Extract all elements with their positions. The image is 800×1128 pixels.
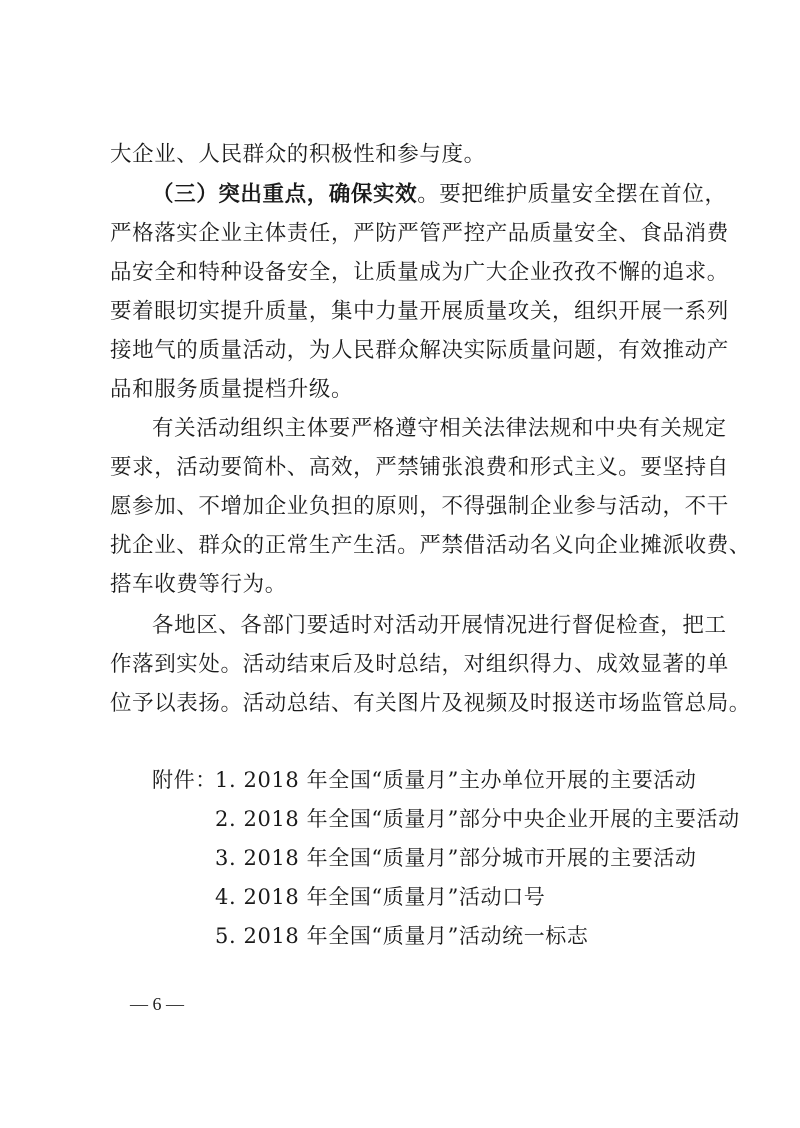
paragraph-line: 各地区、各部门要适时对活动开展情况进行督促检查，把工 [152, 611, 727, 641]
paragraph-line: 有关活动组织主体要严格遵守相关法律法规和中央有关规定 [152, 414, 727, 444]
paragraph-line: 要着眼切实提升质量，集中力量开展质量攻关，组织开展一系列 [110, 297, 729, 327]
paragraph-line: 愿参加、不增加企业负担的原则，不得强制企业参与活动，不干 [110, 492, 729, 522]
paragraph-line: 作落到实处。活动结束后及时总结，对组织得力、成效显著的单 [110, 650, 729, 680]
document-page: 大企业、人民群众的积极性和参与度。 （三）突出重点，确保实效。要把维护质量安全摆… [0, 0, 800, 1128]
page-number: — 6 — [130, 994, 184, 1015]
paragraph-line: 搭车收费等行为。 [110, 570, 287, 600]
paragraph-line: 要求，活动要简朴、高效，严禁铺张浪费和形式主义。要坚持自 [110, 453, 729, 483]
paragraph-line: 大企业、人民群众的积极性和参与度。 [110, 140, 486, 170]
paragraph-line: 品和服务质量提档升级。 [110, 375, 353, 405]
paragraph-line: 接地气的质量活动，为人民群众解决实际质量问题，有效推动产 [110, 336, 729, 366]
section-heading: （三）突出重点，确保实效 [152, 182, 417, 207]
paragraph-line: 位予以表扬。活动总结、有关图片及视频及时报送市场监管总局。 [110, 689, 751, 719]
attachments-label: 附件： [152, 765, 217, 795]
section-heading-line: （三）突出重点，确保实效。要把维护质量安全摆在首位， [152, 180, 727, 210]
paragraph-line: 扰企业、群众的正常生产生活。严禁借活动名义向企业摊派收费、 [110, 531, 751, 561]
paragraph-line: 严格落实企业主体责任，严防严管严控产品质量安全、食品消费 [110, 219, 729, 249]
paragraph-line: 品安全和特种设备安全，让质量成为广大企业孜孜不懈的追求。 [110, 258, 729, 288]
paragraph-text: 。要把维护质量安全摆在首位， [417, 182, 726, 207]
attachment-item: 5. 2018 年全国“质量月”活动统一标志 [215, 921, 589, 951]
attachment-item: 1. 2018 年全国“质量月”主办单位开展的主要活动 [215, 765, 697, 795]
attachment-item: 2. 2018 年全国“质量月”部分中央企业开展的主要活动 [215, 804, 740, 834]
attachment-item: 4. 2018 年全国“质量月”活动口号 [215, 882, 545, 912]
attachment-item: 3. 2018 年全国“质量月”部分城市开展的主要活动 [215, 843, 697, 873]
